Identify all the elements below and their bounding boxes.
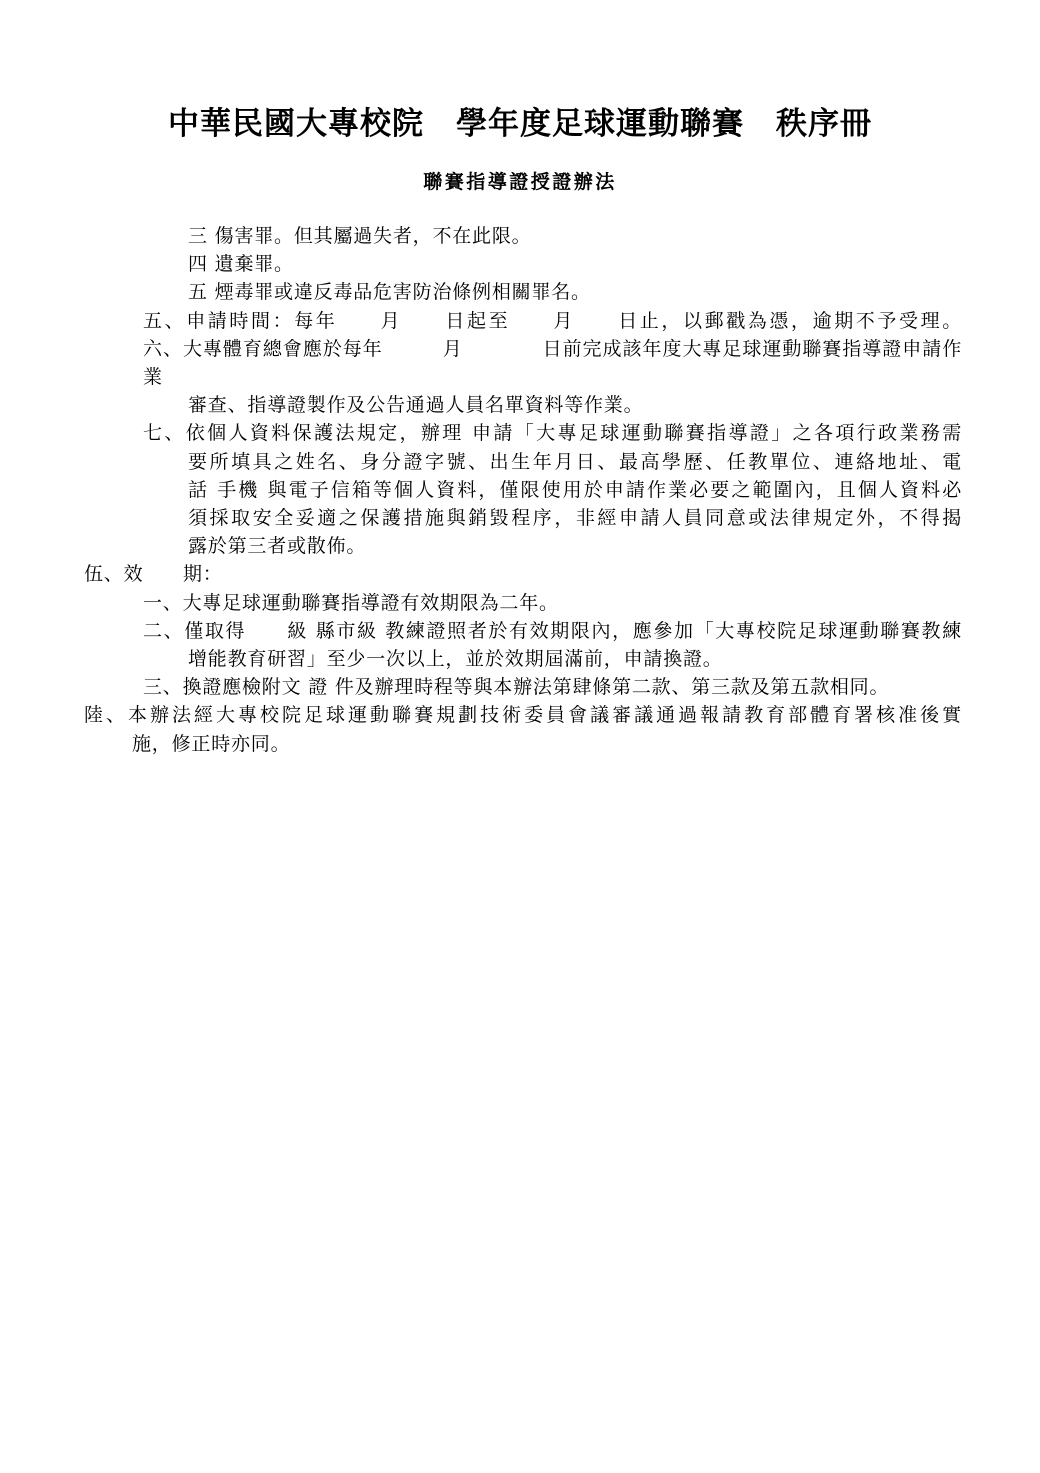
text-line: 話 手機 與電子信箱等個人資料，僅限使用於申請作業必要之範圍內，且個人資料必 <box>0 476 962 504</box>
text-line: 一、大專足球運動聯賽指導證有效期限為二年。 <box>0 589 962 617</box>
text-line: 六、大專體育總會應於每年 月 日前完成該年度大專足球運動聯賽指導證申請作業 <box>0 335 962 391</box>
text-line: 要所填具之姓名、身分證字號、出生年月日、最高學歷、任教單位、連絡地址、電 <box>0 448 962 476</box>
text-line: 增能教育研習」至少一次以上，並於效期屆滿前，申請換證。 <box>0 645 962 673</box>
text-line: 七、依個人資料保護法規定，辦理 申請「大專足球運動聯賽指導證」之各項行政業務需 <box>0 419 962 447</box>
text-line: 審查、指導證製作及公告通過人員名單資料等作業。 <box>0 391 962 419</box>
document-subtitle: 聯賽指導證授證辦法 <box>0 167 1040 194</box>
text-line: 施，修正時亦同。 <box>0 730 962 758</box>
text-line: 露於第三者或散佈。 <box>0 532 962 560</box>
text-line: 陸、本辦法經大專校院足球運動聯賽規劃技術委員會議審議通過報請教育部體育署核准後實 <box>0 701 962 729</box>
document-page: 中華民國大專校院 學年度足球運動聯賽 秩序冊 聯賽指導證授證辦法 三 傷害罪。但… <box>0 0 1040 1473</box>
text-line: 四 遺棄罪。 <box>0 250 962 278</box>
text-line: 五、申請時間：每年 月 日起至 月 日止，以郵戳為憑，逾期不予受理。 <box>0 307 962 335</box>
text-line: 三 傷害罪。但其屬過失者，不在此限。 <box>0 222 962 250</box>
text-line: 伍、效 期： <box>0 560 962 588</box>
text-line: 須採取安全妥適之保護措施與銷毀程序，非經申請人員同意或法律規定外，不得揭 <box>0 504 962 532</box>
document-title: 中華民國大專校院 學年度足球運動聯賽 秩序冊 <box>0 98 1040 143</box>
document-body: 三 傷害罪。但其屬過失者，不在此限。四 遺棄罪。五 煙毒罪或違反毒品危害防治條例… <box>0 222 962 758</box>
text-line: 五 煙毒罪或違反毒品危害防治條例相關罪名。 <box>0 278 962 306</box>
text-line: 三、換證應檢附文 證 件及辦理時程等與本辦法第肆條第二款、第三款及第五款相同。 <box>0 673 962 701</box>
text-line: 二、僅取得 級 縣市級 教練證照者於有效期限內，應參加「大專校院足球運動聯賽教練 <box>0 617 962 645</box>
